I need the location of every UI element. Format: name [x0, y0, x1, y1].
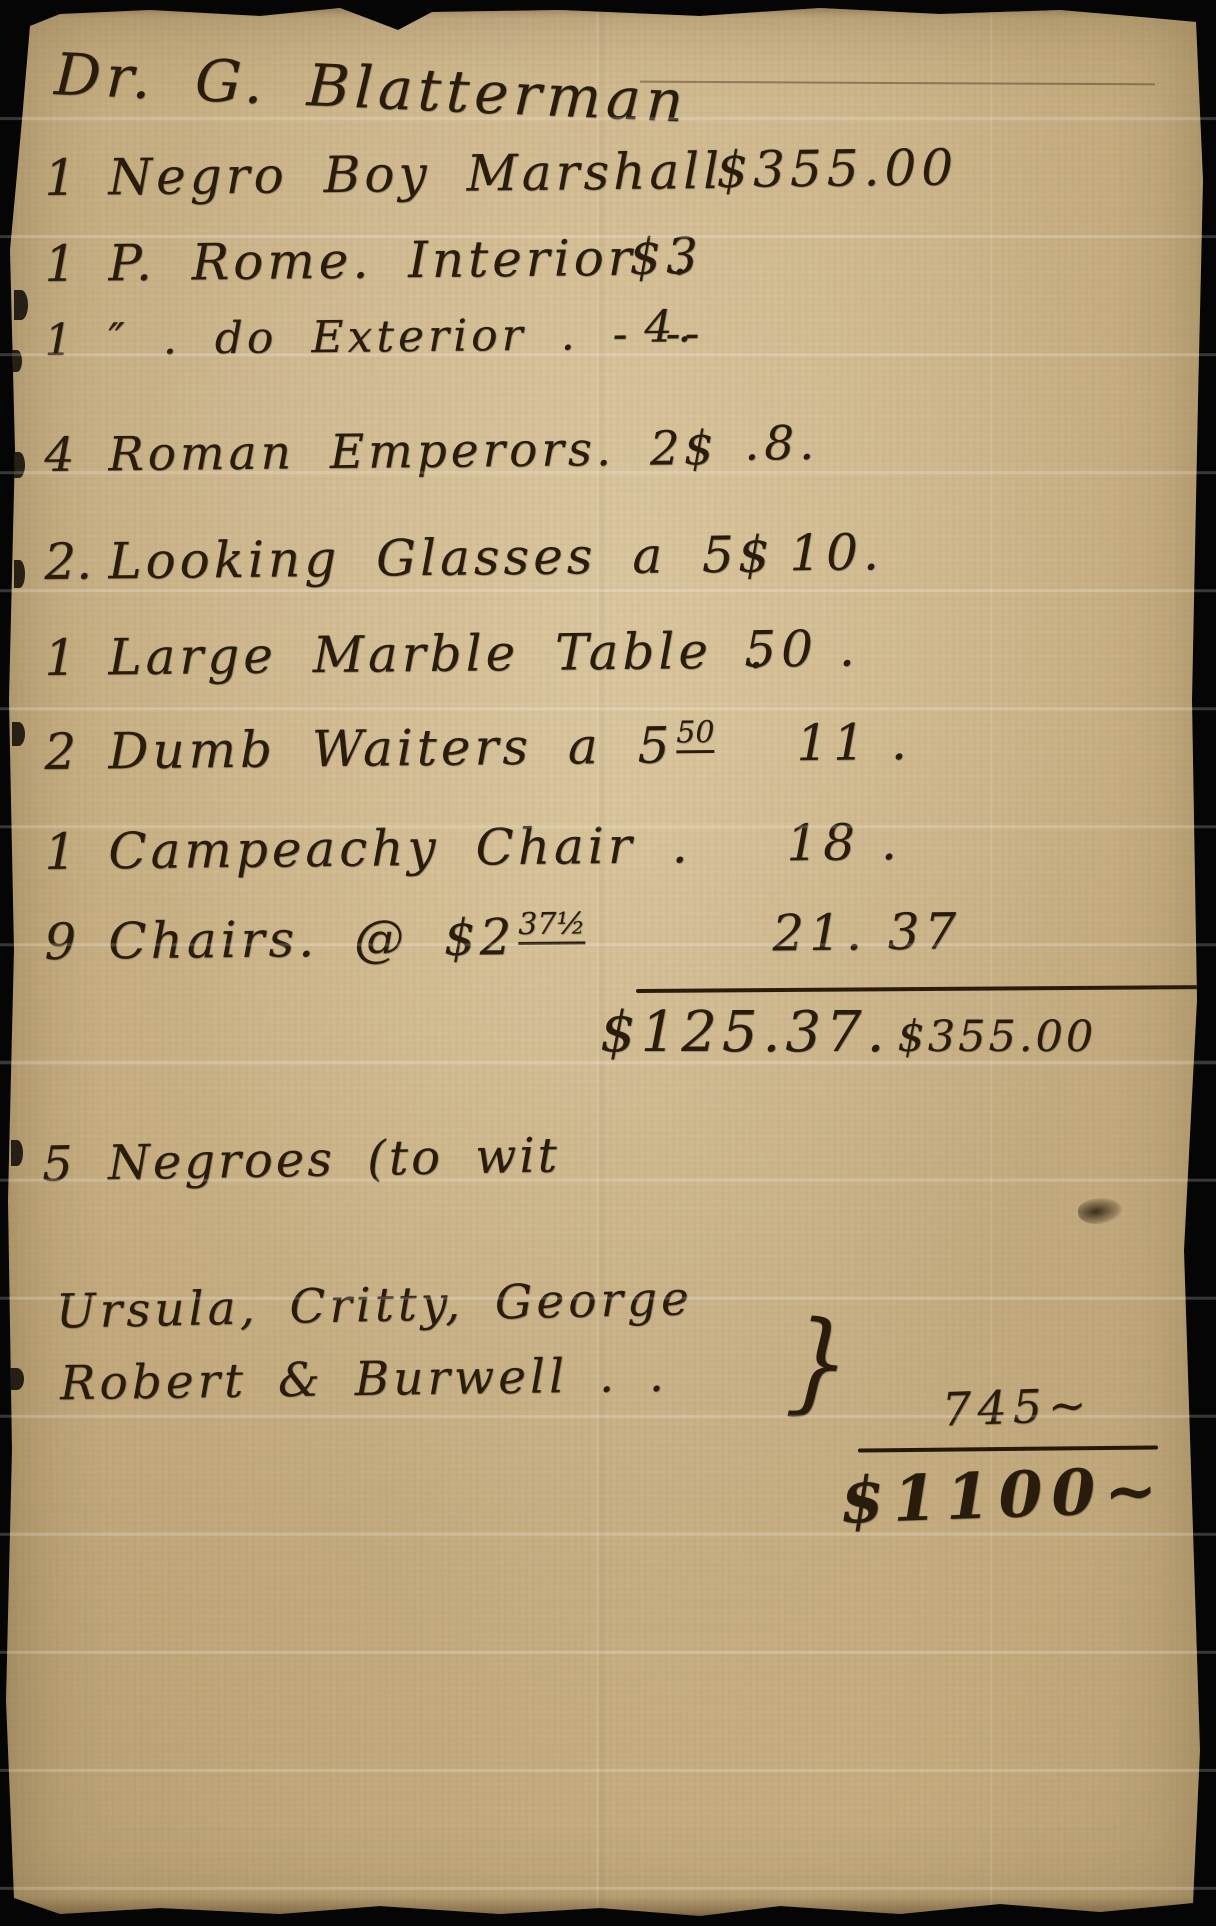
item-qty: 2. — [44, 532, 109, 591]
item-row: 9Chairs. @ $237½ 21. 37 — [44, 900, 1197, 971]
edge-tear-mark — [10, 1368, 24, 1390]
item-row: 1Campeachy Chair . 18 . — [44, 810, 1197, 881]
item-amount: .8. — [744, 416, 819, 472]
item-rate-superscript: 50 — [676, 715, 715, 753]
item-amount: 11 . — [796, 713, 912, 772]
slave-names-line-1: Ursula, Critty, George — [55, 1271, 693, 1339]
edge-tear-mark — [11, 1140, 23, 1166]
item-amount: 21. 37 — [772, 902, 962, 962]
slave-names-line-2: Robert & Burwell . . — [60, 1348, 669, 1411]
subtotal-rule — [636, 985, 1216, 993]
item-amount: 50 . — [744, 619, 860, 678]
item-desc: Dumb Waiters a 5 — [108, 716, 674, 780]
edge-tear-mark — [13, 452, 25, 478]
item-amount: 10. — [789, 523, 884, 582]
subtotal-row: $125.37.$355.00 — [600, 1000, 1096, 1065]
item-amount: $355.00 — [716, 138, 958, 199]
paper-sheet: Dr. G. Blatterman 1Negro Boy Marshall $3… — [0, 0, 1216, 1926]
edge-tear-mark — [14, 290, 28, 320]
torn-edge-bottom — [0, 1896, 1216, 1926]
edge-tear-mark — [14, 560, 25, 588]
document-heading: Dr. G. Blatterman — [53, 40, 690, 136]
item-qty: 1 — [44, 234, 109, 293]
item-qty: 1 — [44, 148, 109, 207]
torn-edge-top — [0, 0, 1216, 18]
item-rate-superscript: 37½ — [518, 906, 586, 945]
grouping-brace: } — [784, 1296, 854, 1429]
item-row: 1P. Rome. Interior . $3 — [44, 222, 1197, 293]
item-row: 1″ . do Exterior . - -- 4. — [44, 296, 1197, 366]
item-qty: 1 — [44, 314, 109, 366]
ink-blot — [1076, 1195, 1123, 1227]
item-row: 1Negro Boy Marshall $355.00 — [44, 136, 1197, 207]
faint-ruled-line — [640, 81, 1155, 86]
item-qty: 1 — [44, 628, 109, 687]
furniture-subtotal: $125.37. — [600, 1000, 889, 1065]
item-row: 2Dumb Waiters a 550 11 . — [44, 710, 1197, 781]
item-desc: Negro Boy Marshall — [108, 142, 723, 206]
item-qty: 9 — [44, 912, 109, 971]
fold-crease — [990, 0, 992, 1926]
slave-subtotal: $355.00 — [897, 1012, 1096, 1062]
item-desc: Large Marble Table . — [108, 621, 768, 686]
slaves-section-heading: 5 Negroes (to wit — [42, 1127, 561, 1192]
grand-total: $1100~ — [839, 1452, 1167, 1537]
item-qty: 2 — [44, 722, 109, 781]
item-amount: 4. — [644, 301, 697, 353]
grand-total-rule — [858, 1445, 1158, 1452]
item-desc: ″ . do Exterior . - -- — [108, 308, 703, 365]
item-row: 2.Looking Glasses a 5$ 10. — [44, 520, 1197, 591]
item-qty: 1 — [44, 822, 109, 881]
item-desc: Campeachy Chair . — [108, 816, 692, 880]
item-desc: Chairs. @ $2 — [108, 908, 516, 970]
item-desc: Roman Emperors. 2$ — [108, 421, 718, 482]
item-amount: 18 . — [786, 813, 902, 872]
item-desc: Looking Glasses a 5$ — [108, 525, 774, 590]
item-amount: $3 — [629, 227, 703, 286]
edge-tear-mark — [12, 350, 22, 372]
item-row: 4Roman Emperors. 2$ .8. — [44, 412, 1197, 483]
item-row: 1Large Marble Table . 50 . — [44, 616, 1197, 687]
item-qty: 4 — [44, 427, 109, 483]
slaves-amount: 745~ — [941, 1377, 1093, 1436]
item-desc: P. Rome. Interior . — [108, 228, 692, 292]
edge-tear-mark — [12, 722, 25, 746]
document-scan: Dr. G. Blatterman 1Negro Boy Marshall $3… — [0, 0, 1216, 1926]
